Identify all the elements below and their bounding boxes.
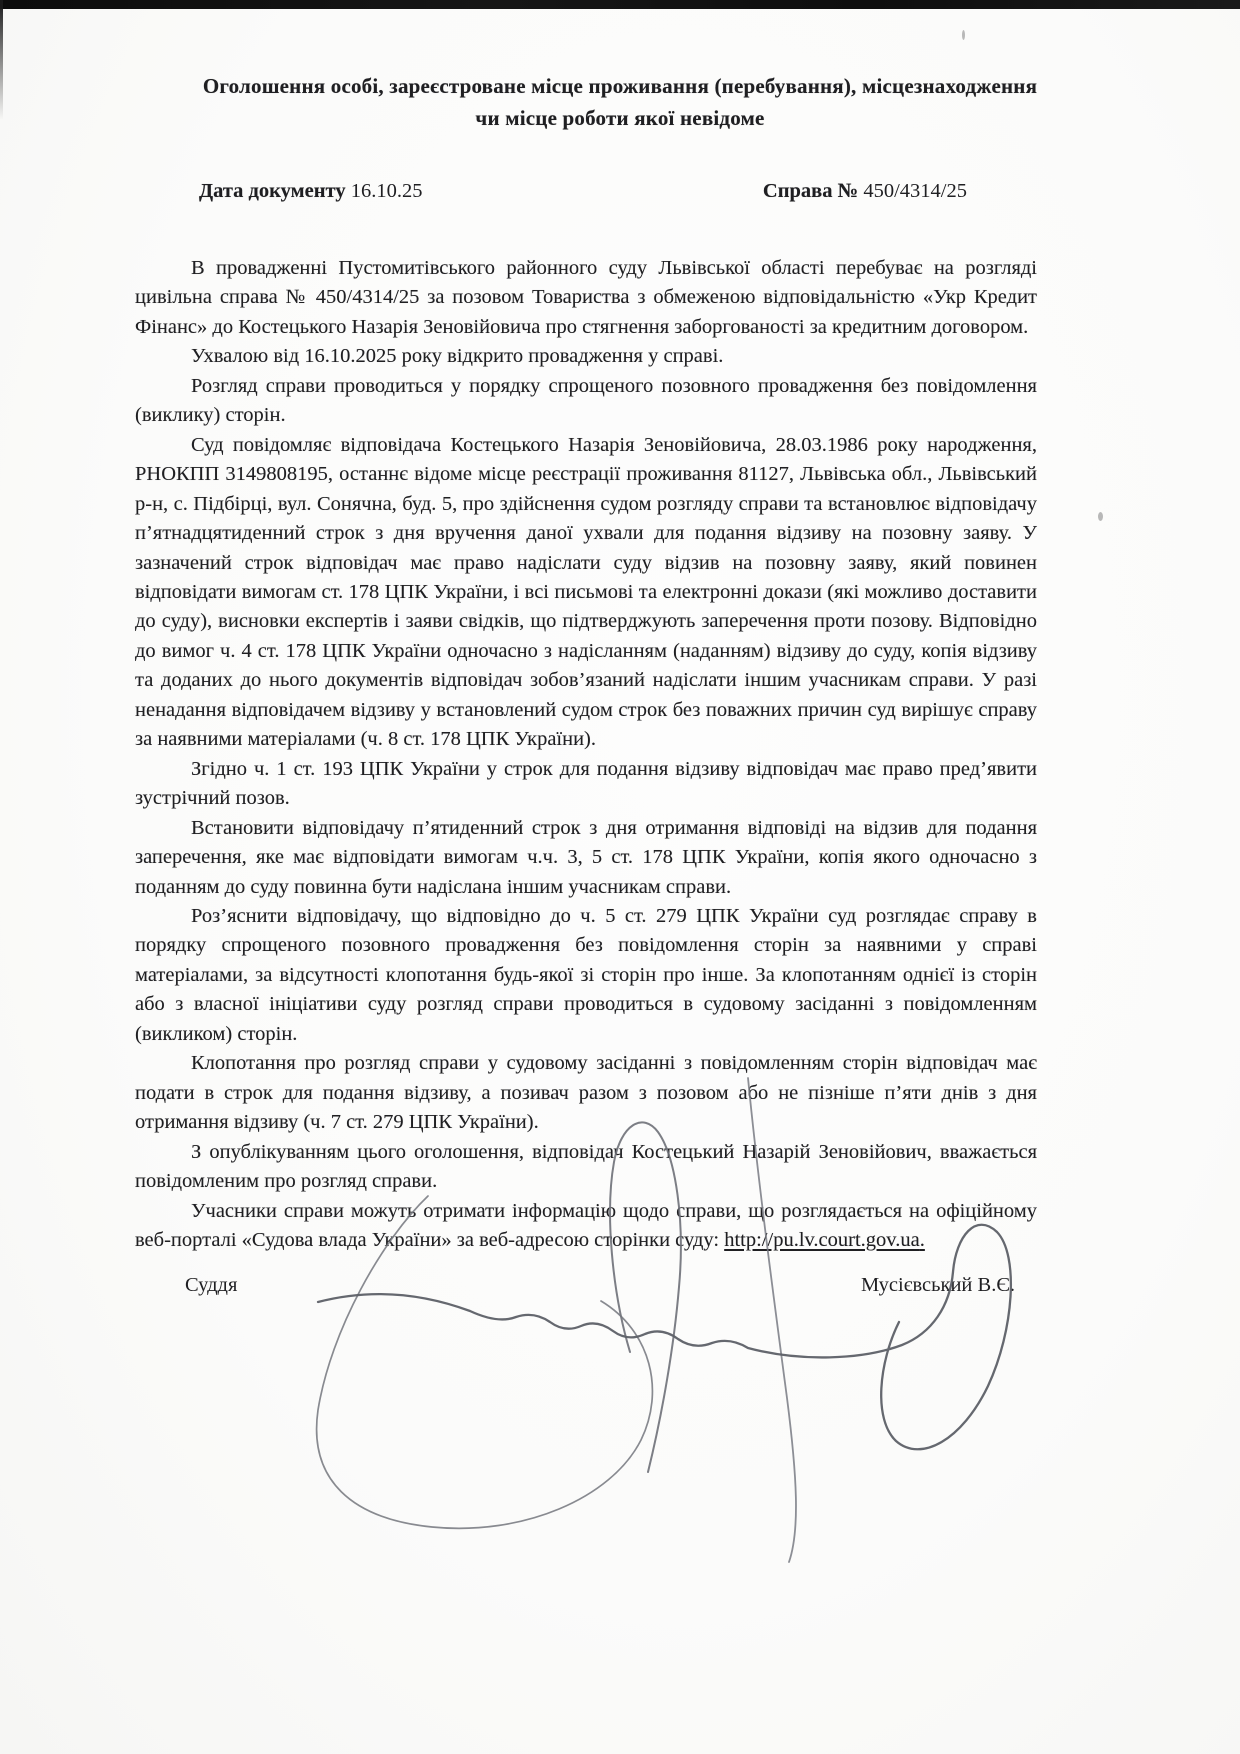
judge-label: Суддя (185, 1271, 237, 1300)
document-date-label: Дата документу (199, 180, 346, 202)
case-number: Справа № 450/4314/25 (763, 178, 967, 204)
scan-artifact-top-edge (0, 0, 1240, 9)
document-title-line-1: Оголошення особі, зареєстроване місце пр… (130, 70, 1110, 102)
body-paragraph-5: Згідно ч. 1 ст. 193 ЦПК України у строк … (135, 755, 1037, 814)
body-paragraph-7: Роз’яснити відповідачу, що відповідно до… (135, 902, 1037, 1049)
body-paragraph-9: З опублікуванням цього оголошення, відпо… (135, 1138, 1037, 1197)
body-paragraph-3: Розгляд справи проводиться у порядку спр… (135, 372, 1037, 431)
scan-artifact-left-edge (0, 0, 3, 120)
scan-speck (962, 30, 965, 40)
judge-name: Мусієвський В.Є. (861, 1271, 1015, 1300)
body-paragraph-6: Встановити відповідачу п’ятиденний строк… (135, 814, 1037, 902)
case-number-value: 450/4314/25 (863, 180, 967, 202)
body-paragraph-10: Учасники справи можуть отримати інформац… (135, 1197, 1037, 1256)
document-body: В провадженні Пустомитівського районного… (135, 254, 1037, 1255)
document-date-value: 16.10.25 (351, 180, 423, 202)
court-page-url: http://pu.lv.court.gov.ua (724, 1229, 919, 1251)
document-meta-row: Дата документу 16.10.25 Справа № 450/431… (135, 178, 1037, 204)
document-date: Дата документу 16.10.25 (199, 178, 422, 204)
case-number-label: Справа № (763, 180, 858, 202)
scanned-court-document-page: Оголошення особі, зареєстроване місце пр… (0, 0, 1240, 1754)
signoff-row: Суддя Мусієвський В.Є. (135, 1271, 1037, 1300)
body-paragraph-2: Ухвалою від 16.10.2025 року відкрито про… (135, 342, 1037, 371)
body-paragraph-4: Суд повідомляє відповідача Костецького Н… (135, 431, 1037, 755)
court-url-wrap: http://pu.lv.court.gov.ua. (724, 1229, 925, 1251)
document-title: Оголошення особі, зареєстроване місце пр… (130, 70, 1110, 134)
body-paragraph-1: В провадженні Пустомитівського районного… (135, 254, 1037, 342)
court-url-period: . (920, 1229, 925, 1251)
scan-speck (1098, 512, 1103, 521)
document-title-line-2: чи місце роботи якої невідоме (130, 102, 1110, 134)
body-paragraph-8: Клопотання про розгляд справи у судовому… (135, 1049, 1037, 1137)
